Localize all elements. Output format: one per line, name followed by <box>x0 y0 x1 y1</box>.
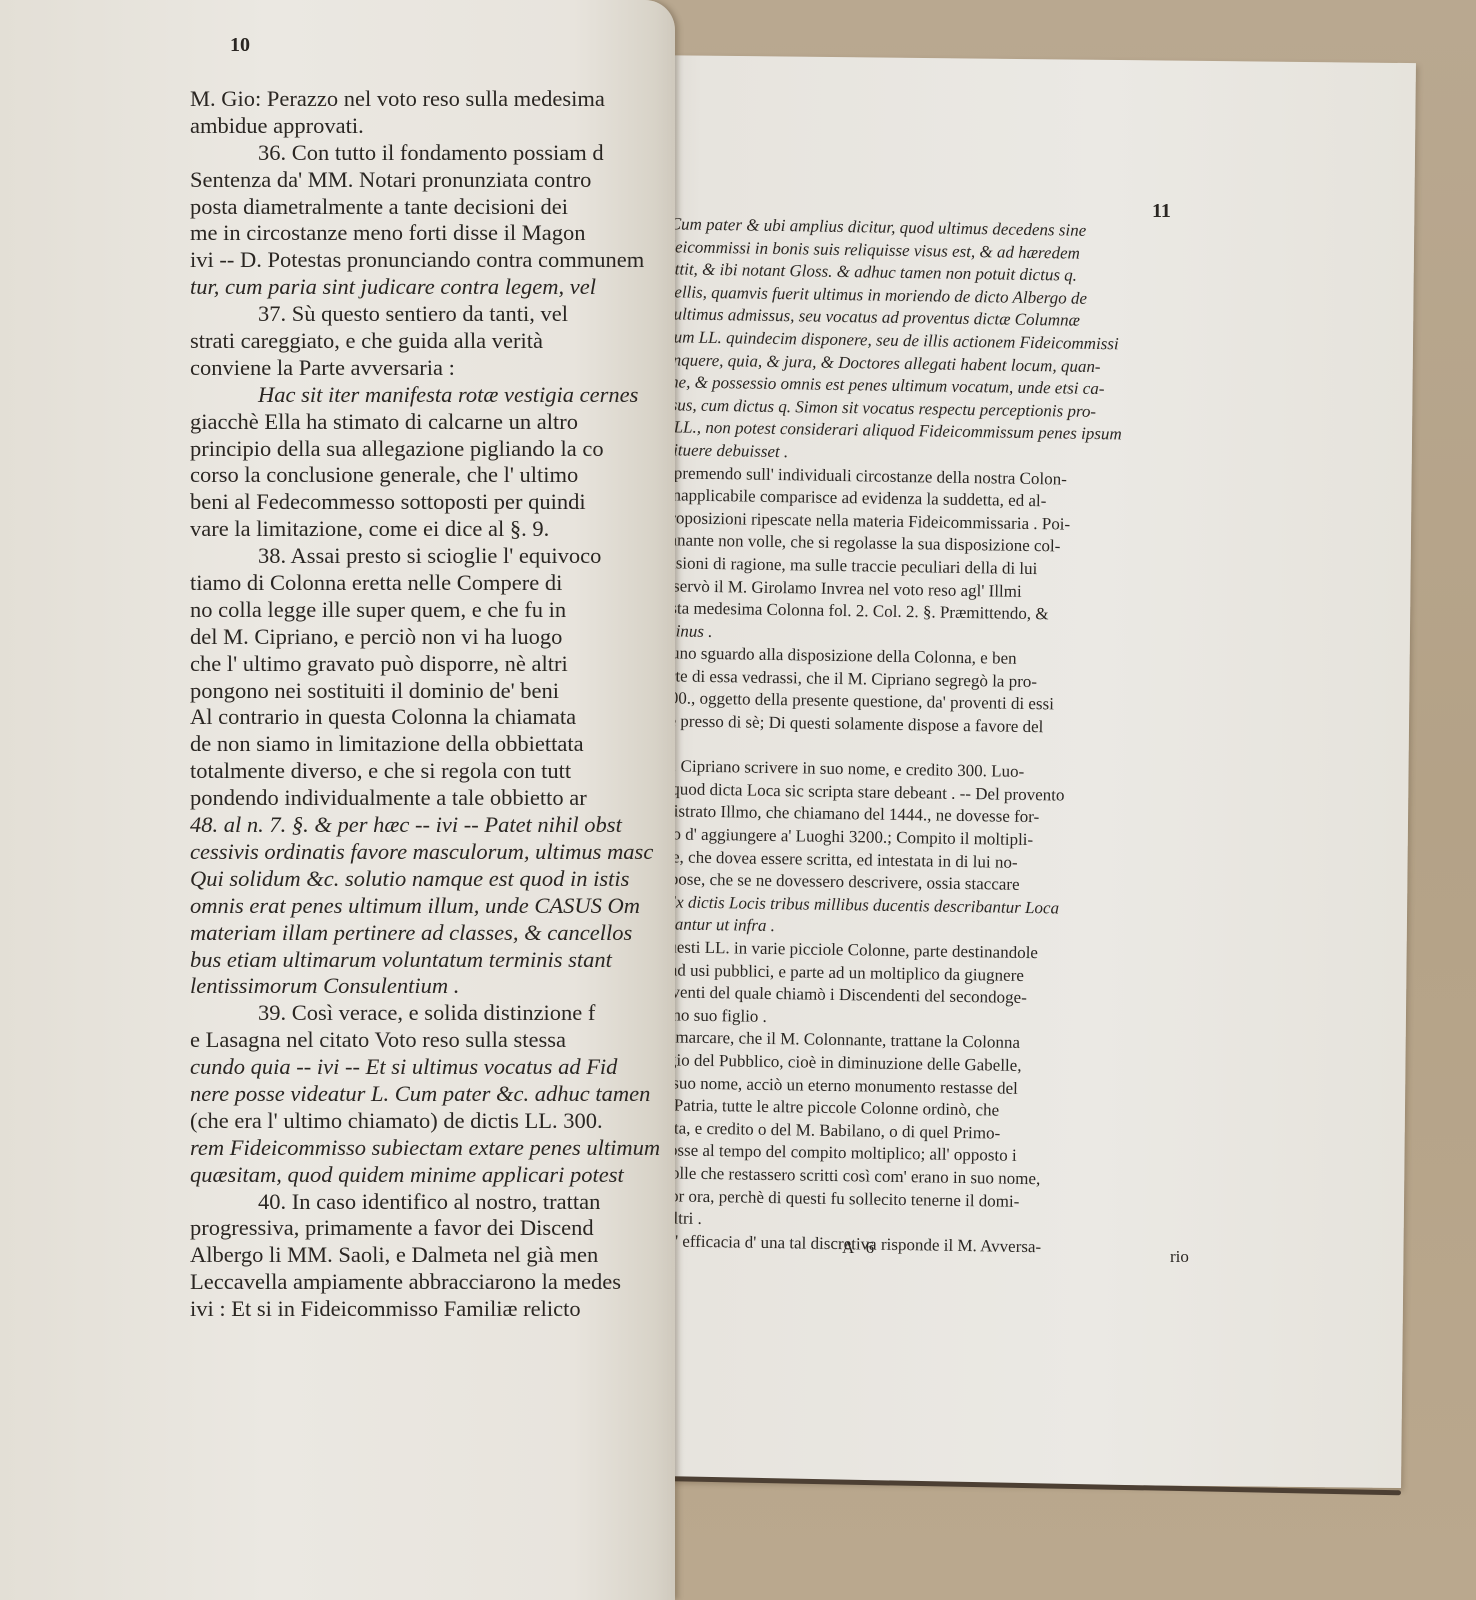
text-line: Qui solidum &c. solutio namque est quod … <box>190 866 660 893</box>
text-line: cessivis ordinatis favore masculorum, ul… <box>190 839 660 866</box>
text-line: Leccavella ampiamente abbracciarono la m… <box>190 1269 660 1296</box>
text-line: ivi -- D. Potestas pronunciando contra c… <box>190 247 660 274</box>
text-line: 38. Assai presto si scioglie l' equivoco <box>190 543 660 570</box>
right-page-number: 11 <box>1152 200 1171 223</box>
text-line: ambidue approvati. <box>190 113 660 140</box>
text-line: me in circostanze meno forti disse il Ma… <box>190 220 660 247</box>
catchword: rio <box>1170 1247 1189 1267</box>
text-line: conviene la Parte avversaria : <box>190 355 660 382</box>
text-line: 48. al n. 7. §. & per hæc -- ivi -- Pate… <box>190 812 660 839</box>
text-line: totalmente diverso, e che si regola con … <box>190 758 660 785</box>
text-line: vare la limitazione, come ei dice al §. … <box>190 516 660 543</box>
text-line: no colla legge ille super quem, e che fu… <box>190 597 660 624</box>
text-line: che l' ultimo gravato può disporre, nè a… <box>190 651 660 678</box>
text-line: beni al Fedecommesso sottoposti per quin… <box>190 489 660 516</box>
text-line: pondendo individualmente a tale obbietto… <box>190 785 660 812</box>
left-page-text: M. Gio: Perazzo nel voto reso sulla mede… <box>190 86 660 1323</box>
text-line: 36. Con tutto il fondamento possiam d <box>190 140 660 167</box>
text-line: del M. Cipriano, e perciò non vi ha luog… <box>190 624 660 651</box>
text-line: posta diametralmente a tante decisioni d… <box>190 194 660 221</box>
text-line: corso la conclusione generale, che l' ul… <box>190 462 660 489</box>
left-page-number: 10 <box>230 34 250 57</box>
text-line: omnis erat penes ultimum illum, unde CAS… <box>190 893 660 920</box>
signature-mark: A 6 <box>842 1238 878 1258</box>
text-line: strati careggiato, e che guida alla veri… <box>190 328 660 355</box>
text-line: cundo quia -- ivi -- Et si ultimus vocat… <box>190 1054 660 1081</box>
text-line: M. Gio: Perazzo nel voto reso sulla mede… <box>190 86 660 113</box>
text-line: Al contrario in questa Colonna la chiama… <box>190 704 660 731</box>
text-line: ivi : Et si in Fideicommisso Familiæ rel… <box>190 1296 660 1323</box>
text-line: tur, cum paria sint judicare contra lege… <box>190 274 660 301</box>
text-line: e Lasagna nel citato Voto reso sulla ste… <box>190 1027 660 1054</box>
text-line: rem Fideicommisso subiectam extare penes… <box>190 1135 660 1162</box>
text-line: nere posse videatur L. Cum pater &c. adh… <box>190 1081 660 1108</box>
text-line: 39. Così verace, e solida distinzione f <box>190 1000 660 1027</box>
text-line: progressiva, primamente a favor dei Disc… <box>190 1215 660 1242</box>
text-line: de non siamo in limitazione della obbiet… <box>190 731 660 758</box>
text-line: (che era l' ultimo chiamato) de dictis L… <box>190 1108 660 1135</box>
text-line: lentissimorum Consulentium . <box>190 973 660 1000</box>
text-line: materiam illam pertinere ad classes, & c… <box>190 920 660 947</box>
text-line: tiamo di Colonna eretta nelle Compere di <box>190 570 660 597</box>
text-line: giacchè Ella ha stimato di calcarne un a… <box>190 409 660 436</box>
text-line: pongono nei sostituiti il dominio de' be… <box>190 678 660 705</box>
text-line: principio della sua allegazione pigliand… <box>190 436 660 463</box>
text-line: quæsitam, quod quidem minime applicari p… <box>190 1162 660 1189</box>
text-line: bus etiam ultimarum voluntatum terminis … <box>190 947 660 974</box>
right-page-text: L. Cum pater & ubi amplius dicitur, quod… <box>636 213 1217 1261</box>
text-line: Hac sit iter manifesta rotæ vestigia cer… <box>190 382 660 409</box>
text-line: Sentenza da' MM. Notari pronunziata cont… <box>190 167 660 194</box>
text-line: Albergo li MM. Saoli, e Dalmeta nel già … <box>190 1242 660 1269</box>
text-line: 37. Sù questo sentiero da tanti, vel <box>190 301 660 328</box>
text-line: 40. In caso identifico al nostro, tratta… <box>190 1189 660 1216</box>
